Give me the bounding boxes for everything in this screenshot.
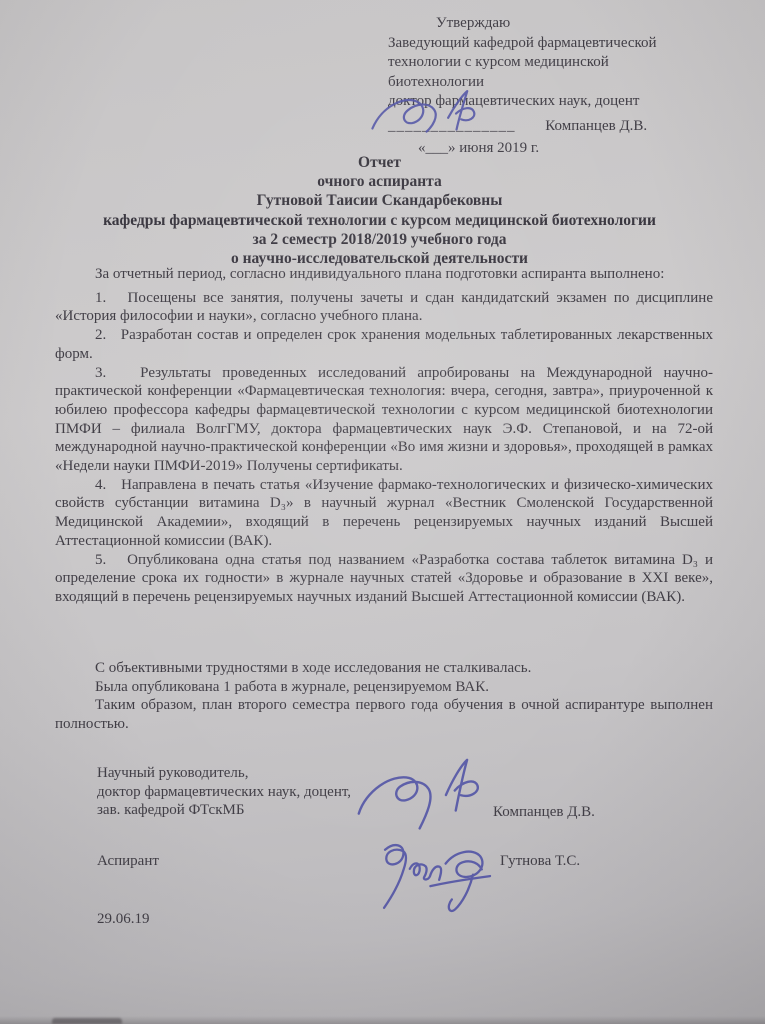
- list-item: 4. Направлена в печать статья «Изучение …: [55, 476, 713, 551]
- title-line: кафедры фармацевтической технологии с ку…: [0, 211, 759, 230]
- approval-heading: Утверждаю: [388, 14, 740, 34]
- signature-ink-supervisor: [350, 754, 504, 840]
- report-body: За отчетный период, согласно индивидуаль…: [55, 265, 713, 607]
- approval-line: технологии с курсом медицинской: [388, 53, 740, 73]
- document-page: Утверждаю Заведующий кафедрой фармацевти…: [0, 0, 765, 1024]
- title-line: за 2 семестр 2018/2019 учебного года: [0, 230, 759, 249]
- document-date: 29.06.19: [97, 911, 150, 928]
- list-item: 1. Посещены все занятия, получены зачеты…: [55, 289, 713, 326]
- supervisor-role: Научный руководитель, доктор фармацевтич…: [97, 764, 351, 820]
- signature-ink-aspirant: [369, 834, 502, 918]
- document-title: Отчет очного аспиранта Гутновой Таисии С…: [0, 153, 759, 268]
- title-line: Отчет: [0, 153, 759, 172]
- title-line: Гутновой Таисии Скандарбековны: [0, 191, 759, 210]
- approver-name: Компанцев Д.В.: [519, 118, 647, 134]
- photo-edge-mark: [52, 1018, 122, 1024]
- list-item: 5. Опубликована одна статья под название…: [55, 551, 713, 607]
- closing-paragraph: Была опубликована 1 работа в журнале, ре…: [55, 678, 713, 697]
- signature-ink-approver: [357, 85, 529, 143]
- supervisor-name: Компанцев Д.В.: [493, 804, 595, 821]
- title-line: очного аспиранта: [0, 172, 759, 191]
- supervisor-role-line: доктор фармацевтических наук, доцент,: [97, 783, 351, 802]
- closing-paragraph: С объективными трудностями в ходе исслед…: [55, 659, 713, 678]
- approval-line: Заведующий кафедрой фармацевтической: [388, 34, 740, 54]
- aspirant-name: Гутнова Т.С.: [500, 853, 580, 870]
- list-item: 2. Разработан состав и определен срок хр…: [55, 326, 713, 363]
- list-item: 3. Результаты проведенных исследований а…: [55, 364, 713, 476]
- intro-paragraph: За отчетный период, согласно индивидуаль…: [55, 265, 713, 284]
- supervisor-role-line: зав. кафедрой ФТскМБ: [97, 801, 351, 820]
- closing-paragraph: Таким образом, план второго семестра пер…: [55, 696, 713, 733]
- aspirant-role: Аспирант: [97, 853, 159, 870]
- closing-block: С объективными трудностями в ходе исслед…: [55, 659, 713, 734]
- supervisor-role-line: Научный руководитель,: [97, 764, 351, 783]
